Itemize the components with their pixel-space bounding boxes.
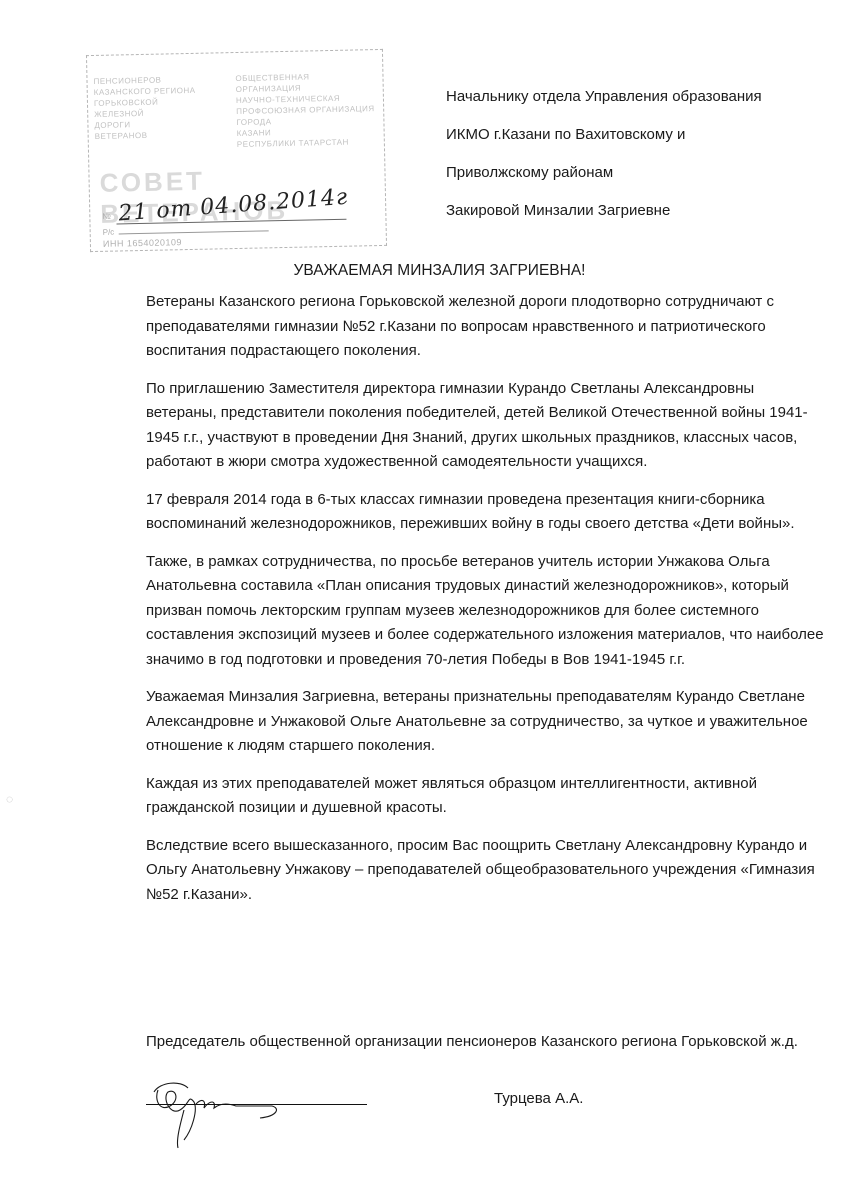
stamp-number-label: № [102,212,111,221]
registration-stamp: ПЕНСИОНЕРОВ КАЗАНСКОГО РЕГИОНА ГОРЬКОВСК… [86,49,387,252]
stamp-rc-label: Р/с [103,228,115,237]
salutation: УВАЖАЕМАЯ МИНЗАЛИЯ ЗАГРИЕВНА! [0,262,849,280]
paragraph: 17 февраля 2014 года в 6-тых классах гим… [146,488,826,537]
letter-body: Ветераны Казанского региона Горьковской … [146,290,826,920]
paragraph: Вследствие всего вышесказанного, просим … [146,834,826,908]
stamp-right-column: ОБЩЕСТВЕННАЯ ОРГАНИЗАЦИЯ НАУЧНО-ТЕХНИЧЕС… [235,70,377,150]
stamp-number-line: № 21 от 04.08.2014г [102,195,342,226]
signer-position: Председатель общественной организации пе… [146,1030,826,1054]
handwritten-signature-icon [140,1070,300,1150]
addressee-block: Начальнику отдела Управления образования… [446,78,762,230]
scan-hole-punch-mark: ◌ [6,792,13,806]
signature-line [146,1104,367,1105]
paragraph: Каждая из этих преподавателей может явля… [146,772,826,821]
stamp-text: ВЕТЕРАНОВ [95,128,215,142]
stamp-left-column: ПЕНСИОНЕРОВ КАЗАНСКОГО РЕГИОНА ГОРЬКОВСК… [93,73,214,141]
stamp-underline [118,230,268,234]
addressee-line: Приволжскому районам [446,154,762,192]
signer-name: Турцева А.А. [494,1090,583,1107]
paragraph: Уважаемая Минзалия Загриевна, ветераны п… [146,685,826,759]
paragraph: Ветераны Казанского региона Горьковской … [146,290,826,364]
paragraph: Также, в рамках сотрудничества, по прось… [146,550,826,673]
stamp-inn: ИНН 1654020109 [103,237,182,249]
addressee-line: ИКМО г.Казани по Вахитовскому и [446,116,762,154]
stamp-text: РЕСПУБЛИКИ ТАТАРСТАН [237,136,377,150]
addressee-line: Начальнику отдела Управления образования [446,78,762,116]
paragraph: По приглашению Заместителя директора гим… [146,377,826,475]
addressee-line: Закировой Минзалии Загриевне [446,192,762,230]
